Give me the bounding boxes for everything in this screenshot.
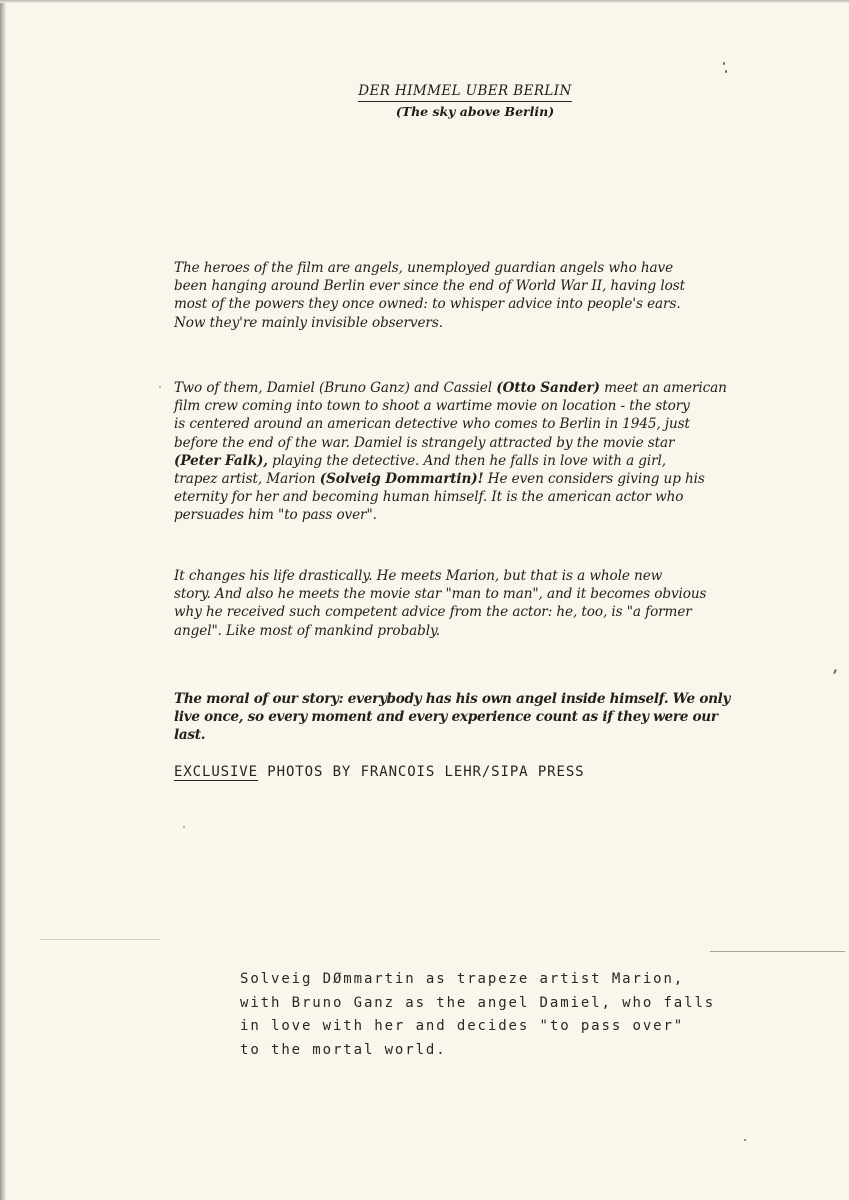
- title-block: DER HIMMEL UBER BERLIN (The sky above Be…: [340, 80, 590, 119]
- caption-line: Solveig DØmmartin as trapeze artist Mari…: [240, 968, 715, 992]
- caption-line: in love with her and decides "to pass ov…: [240, 1015, 715, 1039]
- paper-speck: [725, 70, 727, 73]
- paper-speck: [723, 62, 725, 65]
- text-line: most of the powers they once owned: to w…: [174, 295, 774, 313]
- text-line: Two of them, Damiel (Bruno Ganz) and Cas…: [174, 379, 774, 397]
- page-top-edge: [0, 0, 849, 3]
- paper-speck: [159, 386, 161, 388]
- paragraph-change: It changes his life drastically. He meet…: [174, 567, 774, 640]
- text-span: meet an american: [600, 380, 727, 396]
- text-span: He even considers giving up his: [483, 471, 704, 487]
- page-edge-shadow: [0, 0, 6, 1200]
- text-line: live once, so every moment and every exp…: [174, 708, 774, 726]
- paper-speck: [744, 1139, 746, 1141]
- text-line: The heroes of the film are angels, unemp…: [174, 259, 774, 277]
- text-line: Now they're mainly invisible observers.: [174, 314, 774, 332]
- text-line: angel". Like most of mankind probably.: [174, 622, 774, 640]
- page-title: DER HIMMEL UBER BERLIN: [358, 83, 571, 102]
- paragraph-plot: Two of them, Damiel (Bruno Ganz) and Cas…: [174, 379, 774, 525]
- divider-line: [40, 939, 160, 940]
- text-span: playing the detective. And then he falls…: [272, 453, 666, 469]
- text-span: Two of them, Damiel (Bruno Ganz) and Cas…: [174, 380, 492, 396]
- text-line: last.: [174, 726, 774, 744]
- text-line: story. And also he meets the movie star …: [174, 585, 774, 603]
- text-line: It changes his life drastically. He meet…: [174, 567, 774, 585]
- text-line: eternity for her and becoming human hims…: [174, 488, 774, 506]
- cast-name-otto-sander: (Otto Sander): [496, 380, 600, 396]
- text-line: persuades him "to pass over".: [174, 506, 774, 524]
- text-line: before the end of the war. Damiel is str…: [174, 434, 774, 452]
- text-line: (Peter Falk), playing the detective. And…: [174, 452, 774, 470]
- text-line: trapez artist, Marion (Solveig Dommartin…: [174, 470, 774, 488]
- page-subtitle: (The sky above Berlin): [340, 104, 590, 119]
- cast-name-peter-falk: (Peter Falk),: [174, 453, 268, 469]
- text-line: is centered around an american detective…: [174, 415, 774, 433]
- paper-speck: [183, 826, 185, 828]
- credit-exclusive: EXCLUSIVE: [174, 764, 258, 780]
- text-span: trapez artist, Marion: [174, 471, 316, 487]
- text-line: been hanging around Berlin ever since th…: [174, 277, 774, 295]
- photo-credit: EXCLUSIVE PHOTOS BY FRANCOIS LEHR/SIPA P…: [174, 764, 584, 780]
- text-line: why he received such competent advice fr…: [174, 603, 774, 621]
- caption-line: with Bruno Ganz as the angel Damiel, who…: [240, 992, 715, 1016]
- divider-line: [710, 951, 845, 952]
- cast-name-solveig-dommartin: (Solveig Dommartin)!: [320, 471, 484, 487]
- text-line: film crew coming into town to shoot a wa…: [174, 397, 774, 415]
- paper-speck: [833, 669, 837, 674]
- text-line: The moral of our story: everybody has hi…: [174, 690, 774, 708]
- paragraph-moral: The moral of our story: everybody has hi…: [174, 690, 774, 745]
- photo-caption: Solveig DØmmartin as trapeze artist Mari…: [240, 968, 715, 1062]
- credit-text: PHOTOS BY FRANCOIS LEHR/SIPA PRESS: [258, 764, 585, 780]
- caption-line: to the mortal world.: [240, 1039, 715, 1063]
- paragraph-intro: The heroes of the film are angels, unemp…: [174, 259, 774, 332]
